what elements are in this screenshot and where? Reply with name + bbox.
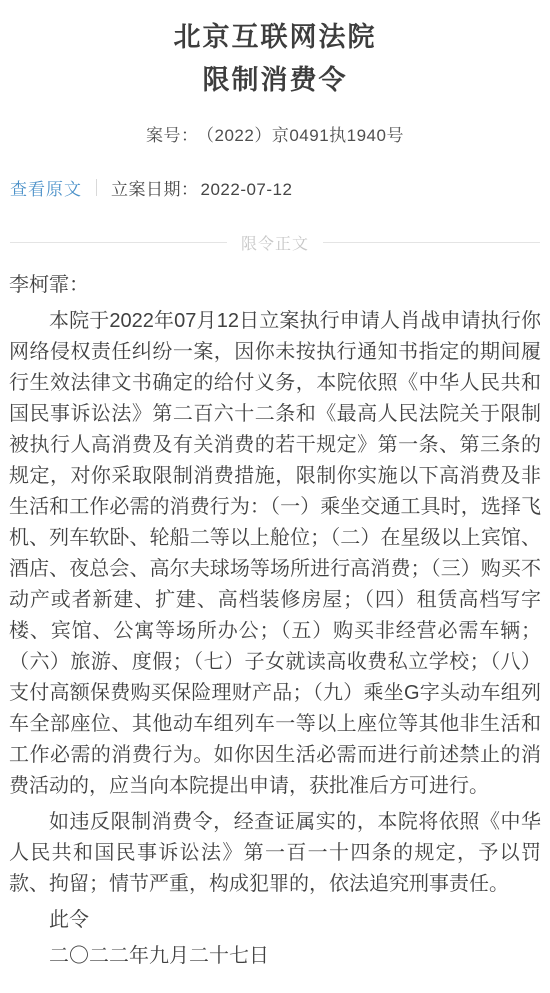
court-name-title: 北京互联网法院 [0, 16, 550, 59]
filing-date-label: 立案日期： [111, 180, 199, 199]
order-body: 李柯霏： 本院于2022年07月12日立案执行申请人肖战申请执行你网络侵权责任纠… [0, 270, 550, 972]
main-order-paragraph: 本院于2022年07月12日立案执行申请人肖战申请执行你网络侵权责任纠纷一案，因… [9, 306, 541, 802]
closing-phrase: 此令 [9, 905, 541, 936]
document-header: 北京互联网法院 限制消费令 案号：（2022）京0491执1940号 查看原文 … [0, 0, 550, 254]
filing-date-value: 2022-07-12 [201, 180, 293, 199]
section-divider: 限令正文 [0, 231, 550, 254]
case-number-value: （2022）京0491执1940号 [206, 126, 404, 145]
case-number-label: 案号： [146, 126, 199, 145]
meta-row: 查看原文 立案日期：2022-07-12 [0, 175, 550, 200]
case-number-line: 案号：（2022）京0491执1940号 [0, 121, 550, 146]
addressee-name: 李柯霏： [9, 270, 541, 301]
vertical-divider [96, 179, 97, 196]
filing-date: 立案日期：2022-07-12 [111, 175, 292, 200]
divider-line-left [10, 242, 227, 243]
issue-date: 二〇二二年九月二十七日 [9, 941, 541, 972]
section-divider-label: 限令正文 [227, 231, 323, 254]
consumption-restriction-order-document: 北京互联网法院 限制消费令 案号：（2022）京0491执1940号 查看原文 … [0, 0, 550, 993]
penalty-paragraph: 如违反限制消费令，经查证属实的，本院将依照《中华人民共和国民事诉讼法》第一百一十… [9, 807, 541, 900]
divider-line-right [323, 242, 540, 243]
order-type-title: 限制消费令 [0, 59, 550, 102]
view-original-link[interactable]: 查看原文 [10, 175, 82, 200]
